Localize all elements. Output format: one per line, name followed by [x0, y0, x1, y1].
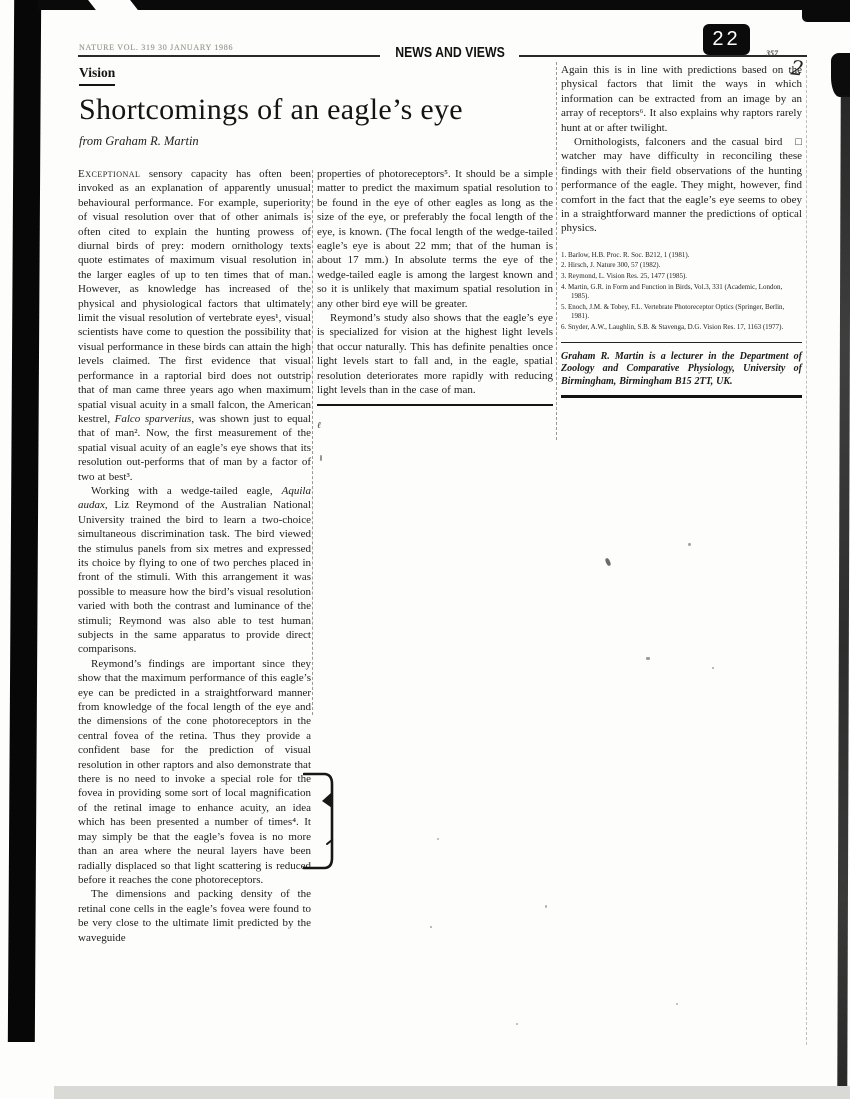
- scan-bar-notch: [88, 0, 138, 10]
- reference-item: 4. Martin, G.R. in Form and Function in …: [561, 283, 802, 302]
- section-kicker: Vision: [79, 65, 115, 86]
- species-name: Falco sparverius: [115, 413, 192, 425]
- reference-item: 3. Reymond, L. Vision Res. 25, 1477 (198…: [561, 272, 802, 282]
- column-right: Again this is in line with predictions b…: [561, 63, 802, 398]
- column-left: Exceptional sensory capacity has often b…: [78, 167, 311, 945]
- end-of-article-mark: □: [782, 135, 802, 149]
- bio-rule-bottom: [561, 395, 802, 398]
- body-text: Working with a wedge-tailed eagle,: [91, 485, 282, 497]
- body-text: , Liz Reymond of the Australian National…: [78, 499, 311, 655]
- paragraph: Exceptional sensory capacity has often b…: [78, 167, 311, 484]
- scan-edge-streak-right: [837, 95, 850, 1099]
- article-header: Vision Shortcomings of an eagle’s eye fr…: [79, 64, 553, 149]
- stray-mark: ℓ: [317, 418, 553, 432]
- scan-speck: [437, 838, 439, 840]
- paragraph: Reymond’s findings are important since t…: [78, 657, 311, 888]
- column-divider-3: [806, 60, 807, 1045]
- scan-blob-top-right: [831, 53, 850, 97]
- margin-bracket-annotation: [303, 768, 339, 876]
- paragraph: Reymond’s study also shows that the eagl…: [317, 311, 553, 397]
- scan-bottom-shadow: [54, 1086, 850, 1099]
- scan-speck: [545, 905, 547, 908]
- author-bio: Graham R. Martin is a lecturer in the De…: [561, 351, 802, 389]
- paragraph: properties of photoreceptors⁵. It should…: [317, 167, 553, 311]
- column-middle: properties of photoreceptors⁵. It should…: [317, 167, 553, 432]
- column-divider-2: [556, 62, 557, 440]
- lead-word: Exceptional: [78, 168, 140, 180]
- scan-speck: [688, 543, 691, 546]
- reference-item: 6. Snyder, A.W., Laughlin, S.B. & Staven…: [561, 323, 802, 333]
- scan-speck: [430, 926, 432, 928]
- column-divider-1: [312, 170, 313, 715]
- scan-speck: [516, 1023, 518, 1025]
- reference-list: 1. Barlow, H.B. Proc. R. Soc. B212, 1 (1…: [561, 251, 802, 333]
- scanned-journal-page: NATURE VOL. 319 30 JANUARY 1986 NEWS AND…: [0, 0, 850, 1099]
- paragraph: □Ornithologists, falconers and the casua…: [561, 135, 802, 236]
- journal-header-line: NATURE VOL. 319 30 JANUARY 1986: [79, 43, 233, 52]
- header-rule-right: [519, 55, 807, 57]
- paragraph: The dimensions and packing density of th…: [78, 887, 311, 945]
- body-text: Ornithologists, falconers and the casual…: [561, 136, 802, 234]
- article-byline: from Graham R. Martin: [79, 134, 553, 149]
- section-banner: NEWS AND VIEWS: [393, 44, 508, 61]
- scan-speck: [646, 657, 650, 660]
- scan-edge-bar-top-right: [802, 0, 850, 22]
- column-end-rule: [317, 404, 553, 406]
- scan-speck: [320, 455, 322, 461]
- article-title: Shortcomings of an eagle’s eye: [79, 93, 553, 126]
- scan-edge-bar-left: [8, 0, 41, 1042]
- header-rule-left: [78, 55, 380, 57]
- scan-speck: [676, 1003, 678, 1005]
- scan-edge-bar-top: [38, 0, 850, 10]
- reference-item: 1. Barlow, H.B. Proc. R. Soc. B212, 1 (1…: [561, 251, 802, 261]
- folio-number: 357: [766, 49, 778, 58]
- body-text: sensory capacity has often been invoked …: [78, 168, 311, 425]
- scan-speck: [712, 667, 714, 669]
- paragraph: Again this is in line with predictions b…: [561, 63, 802, 135]
- scan-speck: [604, 558, 611, 567]
- paragraph: Working with a wedge-tailed eagle, Aquil…: [78, 484, 311, 657]
- bio-rule-top: [561, 342, 802, 343]
- page-number-tab: 22: [703, 24, 750, 55]
- reference-item: 2. Hirsch, J. Nature 300, 57 (1982).: [561, 261, 802, 271]
- reference-item: 5. Enoch, J.M. & Tobey, F.L. Vertebrate …: [561, 303, 802, 322]
